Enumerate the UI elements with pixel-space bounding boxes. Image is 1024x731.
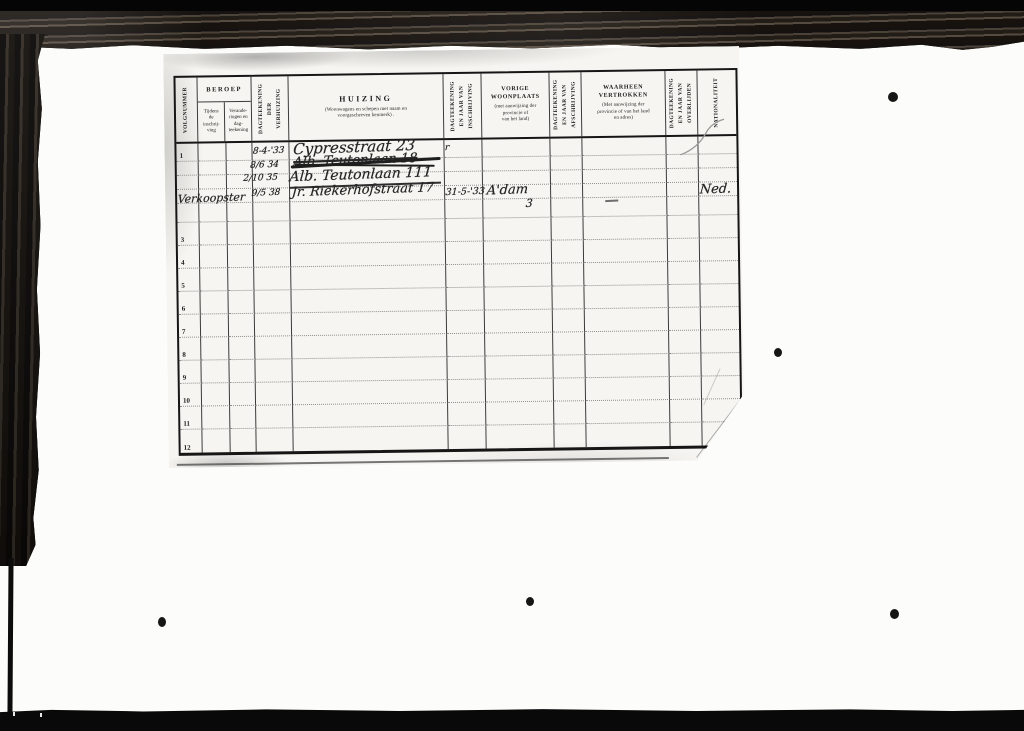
table-cell [228, 291, 254, 314]
table-cell [553, 332, 585, 355]
header-inschrijving: DAGTEEKENING EN JAAR VAN INSCHRIJVING [443, 74, 482, 139]
table-cell [255, 336, 292, 360]
row-number-cell: 6 [178, 292, 200, 315]
scan-speck [13, 712, 15, 716]
scan-speck [40, 713, 42, 717]
ink-dot [158, 617, 166, 627]
table-cell [445, 172, 483, 187]
table-body: 13456789101112 [176, 136, 740, 453]
header-verhuizing-label: DAGTEEKENING DER VERHUIZING [256, 83, 283, 134]
table-cell [667, 169, 699, 183]
handwriting-line4-date: 9/5 38 [251, 188, 280, 199]
handwriting-line4-registration-date: 31-5-'33 [445, 186, 485, 198]
table-cell [667, 216, 699, 239]
table-cell [446, 288, 484, 312]
row-number-cell: 1 [176, 144, 198, 162]
table-cell [227, 222, 253, 245]
table-cell [229, 337, 255, 360]
table-cell [583, 216, 667, 240]
table-cell [447, 311, 485, 335]
table-cell [445, 200, 483, 220]
table-cell [253, 202, 290, 222]
table-cell [554, 401, 586, 424]
table-cell [292, 311, 447, 336]
table-cell [701, 353, 739, 377]
scan-frame-left-thin-line [7, 558, 13, 714]
pencil-checkmark-icon [678, 118, 727, 159]
table-cell [484, 264, 552, 288]
table-cell [583, 183, 667, 198]
table-cell [667, 183, 699, 197]
table-cell [445, 219, 483, 243]
card-bottom-edge [177, 457, 669, 466]
table-cell [198, 143, 226, 161]
table-cell [447, 357, 485, 381]
table-cell [446, 265, 484, 289]
table-cell [293, 403, 448, 428]
table-cell [670, 400, 702, 423]
table-cell [554, 378, 586, 401]
table-cell [486, 402, 554, 426]
header-waarheen-subtitle: (Met aanwijzing der provincie of van het… [597, 102, 650, 122]
table-cell [291, 265, 446, 290]
table-cell [254, 290, 291, 314]
table-cell [200, 245, 228, 268]
table-cell [582, 137, 666, 156]
table-cell [668, 285, 700, 308]
scan-frame-bottom [0, 708, 1024, 731]
table-cell [554, 424, 586, 447]
row-number-cell: 9 [179, 361, 201, 384]
header-beroep-sub2: Verande- ringen en dag- teekening [225, 102, 251, 141]
table-cell [292, 334, 447, 359]
scan-frame-top [0, 0, 1024, 52]
table-cell [293, 380, 448, 405]
table-cell [702, 399, 740, 423]
row-number-cell: 12 [180, 430, 202, 453]
table-cell [484, 241, 552, 265]
table-cell [551, 170, 583, 184]
row-number-cell: 11 [180, 407, 202, 430]
table-cell [669, 308, 701, 331]
table-cell [199, 222, 227, 245]
handwriting-line2-date: 8/6 34 [250, 160, 279, 171]
header-huizing-subtitle: (Woonwagens en schepen met naam en voorg… [325, 106, 407, 120]
table-cell [699, 196, 737, 216]
table-cell [230, 429, 256, 452]
table-cell [585, 331, 669, 355]
table-cell [448, 380, 486, 404]
table-cell [229, 360, 255, 383]
handwriting-line1-date: 8-4-'33 [253, 146, 285, 157]
table-cell [669, 354, 701, 377]
table-cell [291, 288, 446, 313]
table-cell [699, 168, 737, 183]
table-cell [230, 406, 256, 429]
table-cell [553, 355, 585, 378]
table-cell [586, 377, 670, 401]
table-cell [551, 184, 583, 198]
ink-dot [888, 92, 898, 102]
table-cell [552, 240, 584, 263]
table-cell [700, 238, 738, 262]
table-header: VOLGNUMMER BEROEP Tijdens de inschrij- v… [175, 70, 736, 144]
table-cell [667, 197, 699, 216]
header-inschrijving-label: DAGTEEKENING EN JAAR VAN INSCHRIJVING [449, 81, 476, 132]
ink-dot [526, 597, 534, 606]
table-cell [255, 359, 292, 383]
table-cell [253, 221, 290, 245]
table-cell [255, 313, 292, 337]
header-vorige-subtitle: (met aanwijzing der provincie of van het… [494, 104, 536, 124]
table-cell [256, 405, 293, 429]
header-afschrijving-label: DAGTEEKENING EN JAAR VAN AFSCHRIJVING [552, 79, 579, 130]
table-cell [551, 198, 583, 217]
header-verhuizing: DAGTEEKENING DER VERHUIZING [251, 76, 289, 141]
table-cell [202, 429, 230, 452]
table-cell [584, 239, 668, 263]
ink-dot [890, 609, 899, 619]
table-cell [551, 217, 583, 240]
table-cell [583, 169, 667, 184]
handwriting-line4-nationality: Ned. [699, 181, 732, 197]
row-number-cell: 4 [178, 246, 200, 269]
table-cell [584, 262, 668, 286]
header-beroep-subrow: Tijdens de inschrij- ving Verande- ringe… [198, 102, 252, 142]
table-cell [669, 331, 701, 354]
header-beroep-title: BEROEP [197, 77, 250, 103]
table-cell [586, 423, 670, 447]
handwriting-line4-previous-residence: A'dam [486, 182, 528, 198]
table-cell [585, 308, 669, 332]
row-number-cell [177, 162, 199, 176]
table-cell [552, 286, 584, 309]
table-cell [448, 426, 486, 450]
row-number-cell: 7 [179, 315, 201, 338]
row-number-cell [177, 176, 199, 190]
table-cell [446, 242, 484, 266]
table-cell [700, 284, 738, 308]
table-cell [290, 219, 445, 244]
handwriting-line1-note: r [445, 143, 450, 153]
table-cell [230, 383, 256, 406]
table-cell [486, 425, 554, 449]
table-cell [485, 310, 553, 334]
table-cell [447, 334, 485, 358]
table-cell [227, 203, 253, 222]
table-cell [583, 197, 667, 217]
table-cell [700, 261, 738, 285]
table-cell [445, 158, 483, 173]
handwriting-line4-flourish: 3 [525, 197, 533, 210]
row-number-cell: 5 [178, 269, 200, 292]
table-cell [583, 155, 667, 170]
table-cell [291, 242, 446, 267]
table-cell [699, 215, 737, 239]
header-waarheen-vertrokken: WAARHEEN VERTROKKEN (Met aanwijzing der … [581, 71, 666, 136]
table-cell [254, 244, 291, 268]
header-afschrijving: DAGTEEKENING EN JAAR VAN AFSCHRIJVING [549, 72, 582, 136]
table-cell [199, 175, 227, 189]
table-cell [290, 200, 445, 221]
header-volgnummer-label: VOLGNUMMER [182, 87, 191, 133]
table-cell [254, 267, 291, 291]
table-cell [256, 428, 293, 452]
row-number-cell: 8 [179, 338, 201, 361]
table-cell [701, 307, 739, 331]
table-cell [668, 262, 700, 285]
table-cell [670, 423, 702, 446]
header-beroep-group: BEROEP Tijdens de inschrij- ving Verande… [197, 77, 252, 142]
table-cell [483, 218, 551, 242]
header-vorige-title: VORIGE WOONPLAATS [491, 86, 540, 102]
register-table: VOLGNUMMER BEROEP Tijdens de inschrij- v… [173, 68, 742, 456]
table-cell [584, 285, 668, 309]
scan-frame-left [0, 34, 45, 566]
table-cell [448, 403, 486, 427]
table-cell [228, 268, 254, 291]
table-cell [444, 140, 482, 159]
table-cell [484, 287, 552, 311]
table-cell [201, 337, 229, 360]
row-number-cell: 3 [177, 223, 199, 246]
table-cell [200, 291, 228, 314]
header-beroep-sub1: Tijdens de inschrij- ving [198, 102, 226, 141]
header-huizing-title: HUIZING [339, 94, 392, 105]
register-card: VOLGNUMMER BEROEP Tijdens de inschrij- v… [163, 46, 745, 468]
handwriting-line3-date: 2/10 35 [243, 173, 278, 184]
table-cell [202, 406, 230, 429]
table-cell [553, 309, 585, 332]
table-cell [199, 203, 227, 222]
table-cell [200, 268, 228, 291]
row-number-cell [177, 204, 199, 223]
row-number-cell: 10 [180, 384, 202, 407]
table-cell [550, 138, 582, 156]
table-cell [293, 426, 448, 451]
header-volgnummer: VOLGNUMMER [175, 78, 198, 142]
table-cell [292, 357, 447, 382]
header-huizing: HUIZING (Woonwagens en schepen met naam … [288, 74, 444, 140]
table-cell [551, 156, 583, 170]
handwriting-line4-occupation: Verkoopster [177, 190, 245, 205]
table-cell [226, 143, 252, 161]
ink-dot [774, 348, 782, 357]
table-cell [486, 379, 554, 403]
table-cell [585, 354, 669, 378]
table-cell [201, 314, 229, 337]
table-cell [202, 383, 230, 406]
table-cell [485, 356, 553, 380]
table-cell [586, 400, 670, 424]
table-cell [228, 245, 254, 268]
table-cell [552, 263, 584, 286]
table-cell [482, 139, 550, 158]
header-vorige-woonplaats: VORIGE WOONPLAATS (met aanwijzing der pr… [481, 73, 550, 138]
table-cell [668, 239, 700, 262]
table-cell [229, 314, 255, 337]
table-cell [483, 199, 551, 219]
table-cell [483, 157, 551, 172]
table-cell [256, 382, 293, 406]
table-cell [670, 377, 702, 400]
table-cell [701, 330, 739, 354]
table-cell [199, 161, 227, 175]
scanned-page: { "colors": { "ink": "#262626", "pencil"… [0, 0, 1024, 731]
header-waarheen-title: WAARHEEN VERTROKKEN [599, 85, 648, 101]
table-cell [485, 333, 553, 357]
table-cell [201, 360, 229, 383]
